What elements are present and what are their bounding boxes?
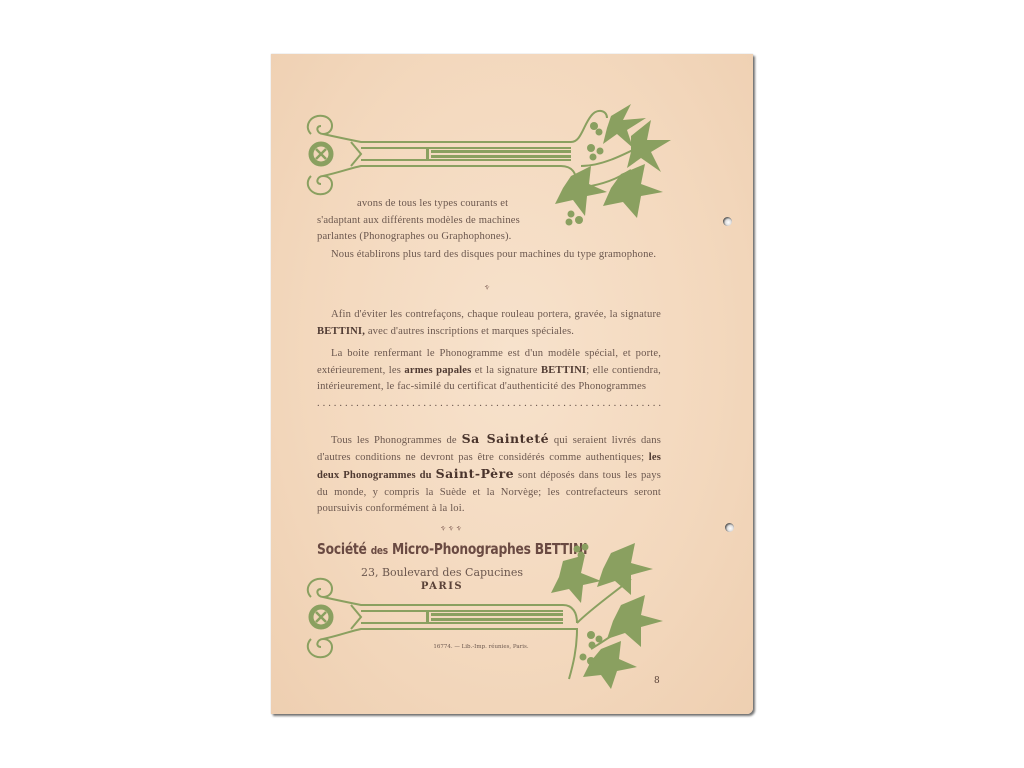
punch-hole (725, 523, 734, 532)
section-divider-icon: ﮩ (467, 276, 507, 291)
bold-text: BETTINI (541, 365, 586, 376)
paragraph-3: Afin d'éviter les contrefaçons, chaque r… (317, 307, 661, 340)
text-span: et la signature (471, 365, 541, 376)
text-line: parlantes (Phonographes ou Graphophones)… (317, 229, 571, 246)
text-line: s'adaptant aux différents modèles de mac… (317, 213, 571, 230)
paragraph-1: avons de tous les types courants et s'ad… (317, 196, 571, 246)
paragraph-4: La boite renfermant le Phonogramme est d… (317, 346, 661, 412)
text-span: Tous les Phonogrammes de (331, 435, 462, 446)
text-line: avons de tous les types courants et (317, 196, 571, 213)
punch-hole (723, 217, 732, 226)
blackletter-text: Sa Sainteté (462, 431, 549, 446)
text-line: Nous établirons plus tard des disques po… (317, 247, 661, 264)
floral-ornament-icon (301, 539, 681, 689)
printer-note: 16774. — Lib.-Imp. réunies, Paris. (401, 644, 561, 650)
blackletter-text: Saint-Père (436, 466, 514, 481)
paragraph-2: Nous établirons plus tard des disques po… (317, 247, 661, 264)
paragraph-5: Tous les Phonogrammes de Sa Sainteté qui… (317, 431, 661, 518)
document-page: avons de tous les types courants et s'ad… (271, 54, 753, 714)
text-span: avec d'autres inscriptions et marques sp… (365, 326, 574, 337)
bold-text: armes papales (404, 365, 471, 376)
page-number: 8 (654, 676, 660, 686)
triple-divider-icon: ﮩ ﮩ ﮩ (401, 517, 501, 532)
text-span: Afin d'éviter les contrefaçons, chaque r… (331, 309, 661, 320)
dotted-leader: . . . . . . . . . . . . . . . . . . . . … (317, 396, 661, 413)
bold-text: BETTINI, (317, 326, 365, 337)
